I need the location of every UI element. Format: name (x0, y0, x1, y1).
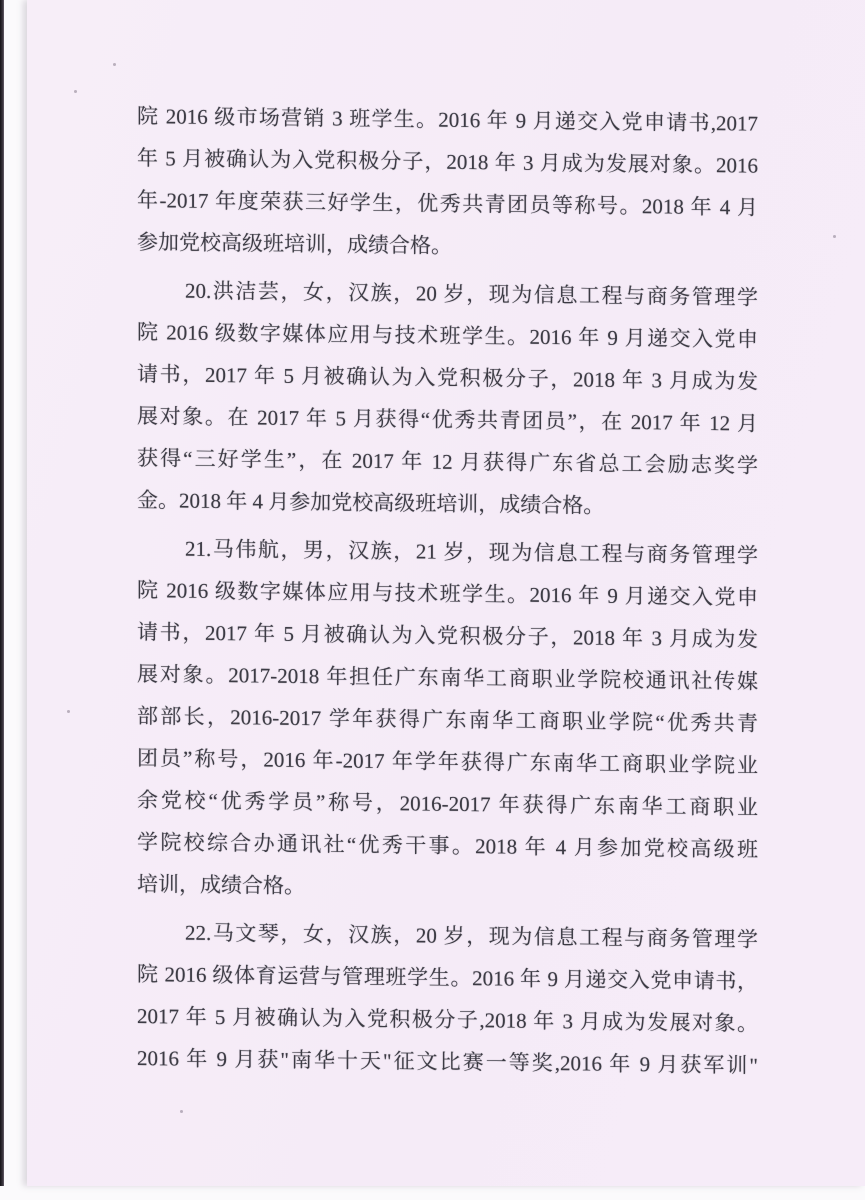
text-line: 金。2018 年 4 月参加党校高级班培训，成绩合格。 (137, 479, 758, 529)
scan-speck (74, 90, 77, 93)
text-line: 2016 年 9 月获"南华十天"征文比赛一等奖,2016 年 9 月获军训" (137, 1037, 758, 1087)
scan-speck (180, 1110, 183, 1113)
paragraph-item-22: 22.马文琴，女，汉族，20 岁，现为信息工程与商务管理学院 2016 级体育运… (137, 911, 758, 1087)
scanner-edge-shadow (0, 0, 4, 1186)
paragraph-item-20: 20.洪洁芸，女，汉族，20 岁，现为信息工程与商务管理学院 2016 级数字媒… (137, 269, 758, 529)
scan-speck (113, 63, 116, 66)
scan-speck (833, 235, 836, 238)
document-text: 院 2016 级市场营销 3 班学生。2016 年 9 月递交入党申请书,201… (137, 95, 758, 1087)
text-line: 培训，成绩合格。 (137, 863, 758, 913)
scan-speck (67, 710, 70, 713)
paragraph-item-19-continuation: 院 2016 级市场营销 3 班学生。2016 年 9 月递交入党申请书,201… (137, 95, 758, 271)
text-line: 参加党校高级班培训，成绩合格。 (137, 221, 758, 271)
paragraph-item-21: 21.马伟航，男，汉族，21 岁，现为信息工程与商务管理学院 2016 级数字媒… (137, 527, 758, 913)
